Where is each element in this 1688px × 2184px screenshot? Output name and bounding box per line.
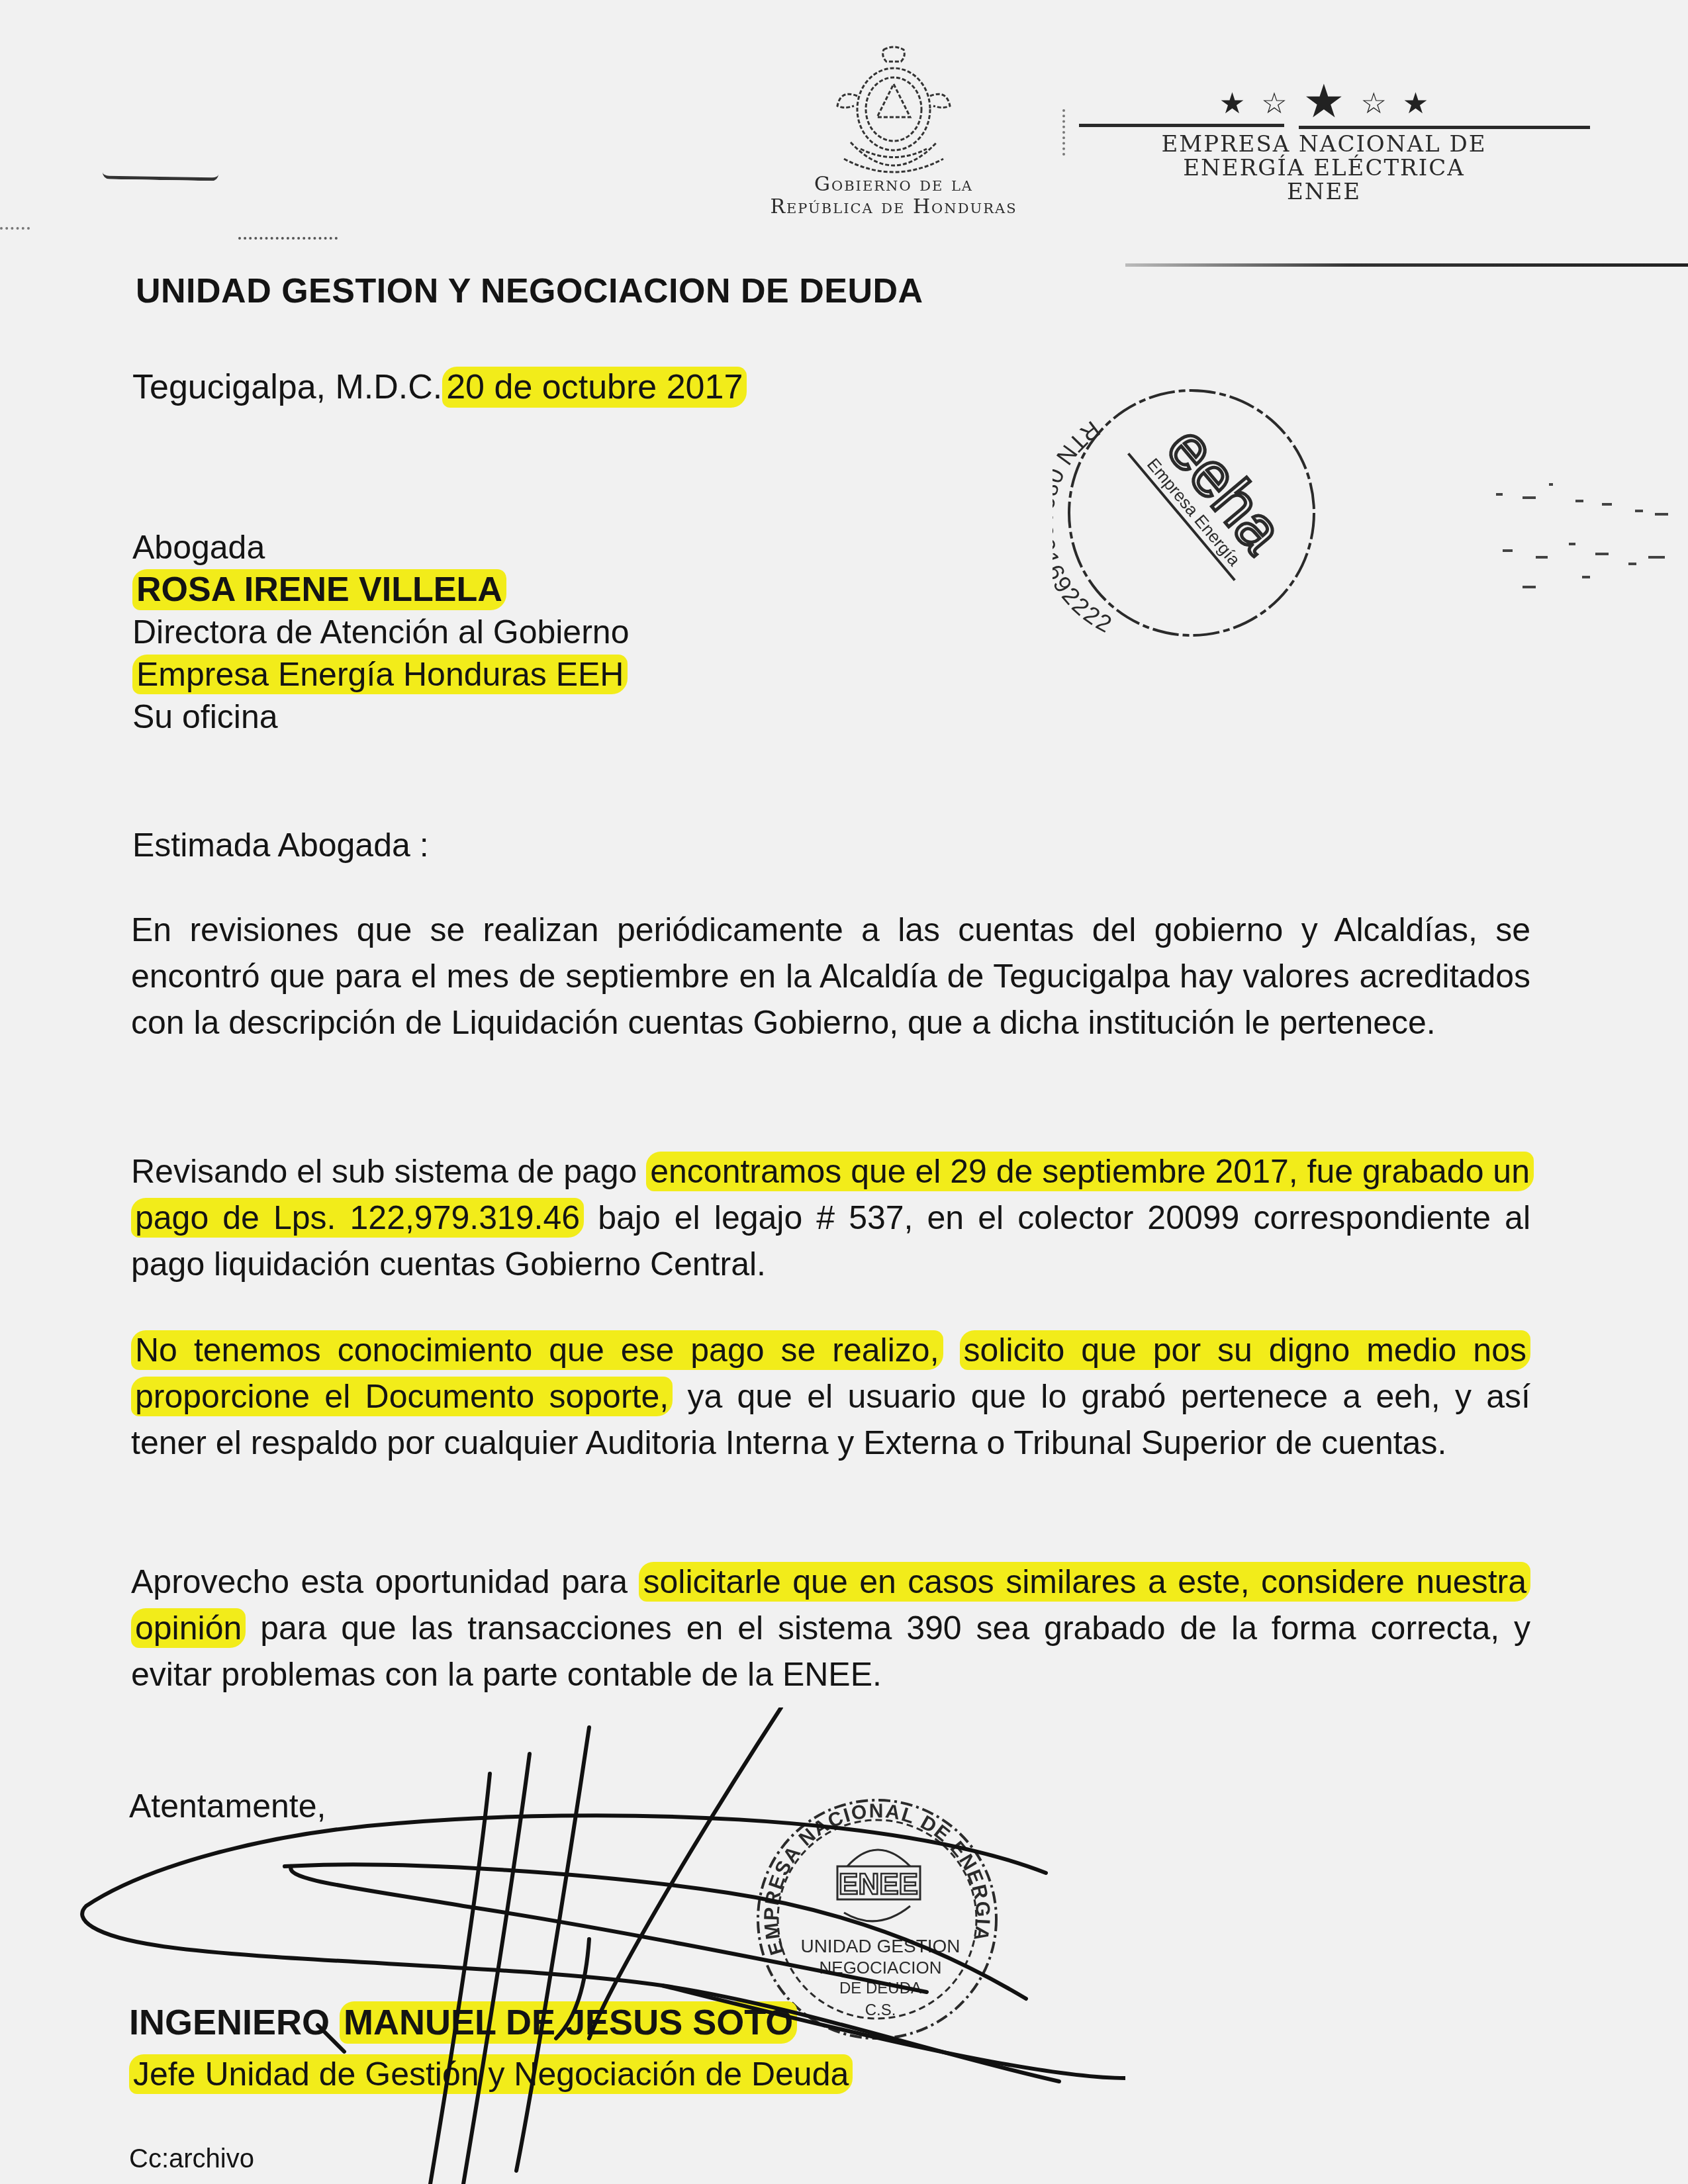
recipient-title: Abogada: [132, 526, 629, 569]
signer-name-line: INGENIERO MANUEL DE JESUS SOTO: [129, 2002, 797, 2043]
coat-of-arms-icon: [831, 43, 957, 182]
enee-line-1: EMPRESA NACIONAL DE: [1125, 132, 1523, 156]
place: Tegucigalpa, M.D.C.: [132, 368, 442, 406]
scan-artifact: [238, 237, 338, 240]
scan-artifact: [103, 167, 218, 181]
date-line: Tegucigalpa, M.D.C.20 de octubre 2017: [132, 367, 747, 407]
svg-text:ENEE: ENEE: [839, 1868, 918, 1901]
letter-date: 20 de octubre 2017: [442, 367, 747, 408]
paragraph-4-rest: para que las transacciones en el sistema…: [131, 1610, 1530, 1693]
recipient-name: ROSA IRENE VILLELA: [132, 569, 506, 610]
government-letterhead: Gobierno de la República de Honduras: [728, 173, 1059, 218]
svg-text:C.S.: C.S.: [865, 2001, 896, 2019]
paragraph-4: Aprovecho esta oportunidad para solicita…: [131, 1559, 1530, 1698]
svg-text:DE DEUDA: DE DEUDA: [839, 1979, 921, 1997]
paragraph-2-intro: Revisando el sub sistema de pago: [131, 1153, 646, 1190]
scan-speckles: [1483, 463, 1688, 596]
recipient-block: Abogada ROSA IRENE VILLELA Directora de …: [132, 526, 629, 738]
government-line-2: República de Honduras: [728, 196, 1059, 218]
svg-text:RTN 0801901692222: RTN 0801901692222: [1053, 416, 1118, 639]
paragraph-2: Revisando el sub sistema de pago encontr…: [131, 1148, 1530, 1287]
recipient-location: Su oficina: [132, 696, 629, 738]
five-stars-icon: ★☆★☆★: [1205, 78, 1443, 128]
enee-line-3: ENEE: [1125, 180, 1523, 204]
header-rule: [1125, 263, 1688, 267]
recipient-company: Empresa Energía Honduras EEH: [132, 655, 628, 694]
carbon-copy: Cc:archivo: [129, 2144, 254, 2174]
no-knowledge-highlight: No tenemos conocimiento que ese pago se …: [131, 1330, 943, 1370]
signer-title-line: Jefe Unidad de Gestión y Negociación de …: [129, 2055, 853, 2093]
signer-title: Jefe Unidad de Gestión y Negociación de …: [129, 2054, 853, 2094]
enee-rule-right: [1299, 126, 1590, 129]
svg-text:UNIDAD GESTION: UNIDAD GESTION: [800, 1936, 960, 1956]
svg-text:NEGOCIACION: NEGOCIACION: [820, 1958, 942, 1978]
paragraph-4-intro: Aprovecho esta oportunidad para: [131, 1563, 639, 1600]
eeh-company-stamp-icon: eeha Empresa Energía RTN 0801901692222: [1053, 381, 1331, 659]
paragraph-1: En revisiones que se realizan periódicam…: [131, 907, 1530, 1046]
greeting: Estimada Abogada :: [132, 826, 429, 864]
enee-line-2: ENERGÍA ELÉCTRICA: [1125, 156, 1523, 180]
unit-title: UNIDAD GESTION Y NEGOCIACION DE DEUDA: [136, 271, 923, 311]
government-line-1: Gobierno de la: [728, 173, 1059, 196]
signer-prefix: INGENIERO: [129, 2003, 340, 2042]
letterhead-divider: [1062, 109, 1068, 156]
signer-name: MANUEL DE JESUS SOTO: [340, 2001, 797, 2044]
enee-rule-left: [1079, 124, 1284, 127]
scan-artifact: [0, 227, 30, 230]
paragraph-3: No tenemos conocimiento que ese pago se …: [131, 1327, 1530, 1466]
recipient-position: Directora de Atención al Gobierno: [132, 611, 629, 653]
closing: Atentamente,: [129, 1787, 326, 1825]
enee-letterhead: EMPRESA NACIONAL DE ENERGÍA ELÉCTRICA EN…: [1125, 132, 1523, 204]
